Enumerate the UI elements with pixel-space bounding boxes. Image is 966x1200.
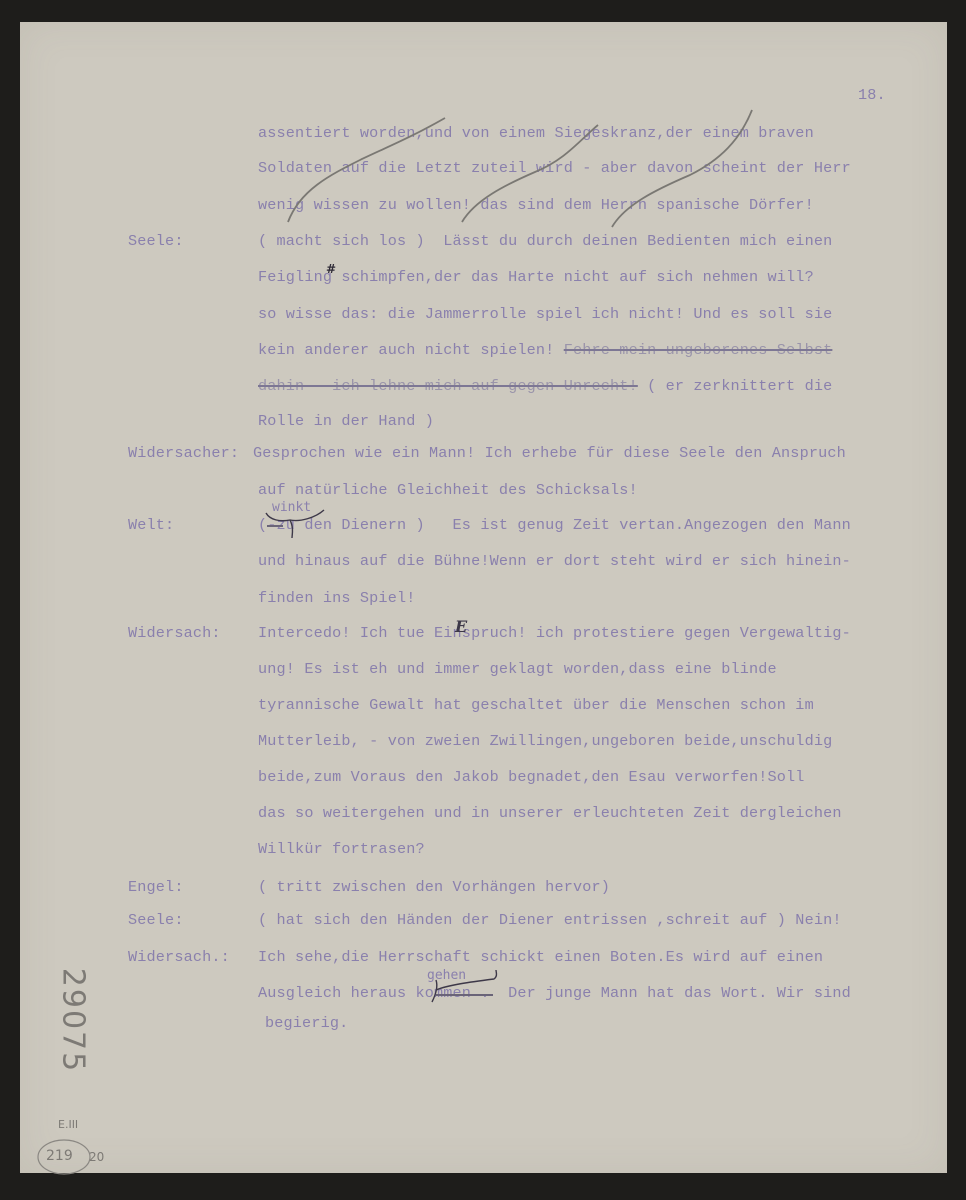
text-segment: ( er zerknittert die: [638, 377, 833, 395]
speaker-label: Seele:: [128, 232, 184, 250]
text-line: kein anderer auch nicht spielen! Fehre m…: [258, 341, 832, 359]
text-line: Ich sehe,die Herrschaft schickt einen Bo…: [258, 948, 823, 966]
speaker-label: Welt:: [128, 516, 174, 534]
speaker-label: Seele:: [128, 911, 184, 929]
text-line: wenig wissen zu wollen! das sind dem Her…: [258, 196, 814, 214]
text-line: tyrannische Gewalt hat geschaltet über d…: [258, 696, 814, 714]
handwritten-correction-e: E: [455, 617, 467, 636]
text-line: Rolle in der Hand ): [258, 412, 434, 430]
speaker-label: Engel:: [128, 878, 184, 896]
text-line: assentiert worden,und von einem Siegeskr…: [258, 124, 814, 142]
handwritten-insertion-winkt: winkt: [272, 500, 311, 515]
speaker-label: Widersacher:: [128, 444, 239, 462]
text-line: und hinaus auf die Bühne!Wenn er dort st…: [258, 552, 851, 570]
text-line: Willkür fortrasen?: [258, 840, 425, 858]
catalog-suffix: 20: [89, 1150, 104, 1164]
handwritten-insertion-gehen: gehen: [427, 968, 466, 983]
text-line: (-zu den Dienern ) Es ist genug Zeit ver…: [258, 516, 851, 534]
text-line: ( hat sich den Händen der Diener entriss…: [258, 911, 842, 929]
text-line: begierig.: [265, 1014, 348, 1032]
catalog-mark: E.III: [58, 1118, 78, 1131]
text-line: so wisse das: die Jammerrolle spiel ich …: [258, 305, 832, 323]
text-line: ( macht sich los ) Lässt du durch deinen…: [258, 232, 832, 250]
text-line: das so weitergehen und in unserer erleuc…: [258, 804, 842, 822]
text-line: finden ins Spiel!: [258, 589, 416, 607]
text-line: Gesprochen wie ein Mann! Ich erhebe für …: [253, 444, 846, 462]
text-line: Soldaten auf die Letzt zuteil wird - abe…: [258, 159, 851, 177]
speaker-label: Widersach.:: [128, 948, 230, 966]
text-line: Feigling schimpfen,der das Harte nicht a…: [258, 268, 814, 286]
text-line: auf natürliche Gleichheit des Schicksals…: [258, 481, 638, 499]
struck-text: dahin - ich lehne mich auf gegen Unrecht…: [258, 377, 638, 395]
text-line: Mutterleib, - von zweien Zwillingen,unge…: [258, 732, 832, 750]
catalog-circled-number: 219: [46, 1148, 73, 1164]
struck-text: Fehre mein ungeborenes Selbst: [564, 341, 833, 359]
text-line: ung! Es ist eh und immer geklagt worden,…: [258, 660, 777, 678]
archive-number: 29075: [56, 966, 91, 1076]
text-line: dahin - ich lehne mich auf gegen Unrecht…: [258, 377, 832, 395]
text-line: Ausgleich heraus kommen . Der junge Mann…: [258, 984, 851, 1002]
text-line: Intercedo! Ich tue Einspruch! ich protes…: [258, 624, 851, 642]
page-number: 18.: [858, 86, 886, 104]
text-segment: kein anderer auch nicht spielen!: [258, 341, 564, 359]
text-line: ( tritt zwischen den Vorhängen hervor): [258, 878, 610, 896]
text-line: beide,zum Voraus den Jakob begnadet,den …: [258, 768, 805, 786]
handwritten-asterisk: #: [326, 262, 336, 276]
speaker-label: Widersach:: [128, 624, 221, 642]
